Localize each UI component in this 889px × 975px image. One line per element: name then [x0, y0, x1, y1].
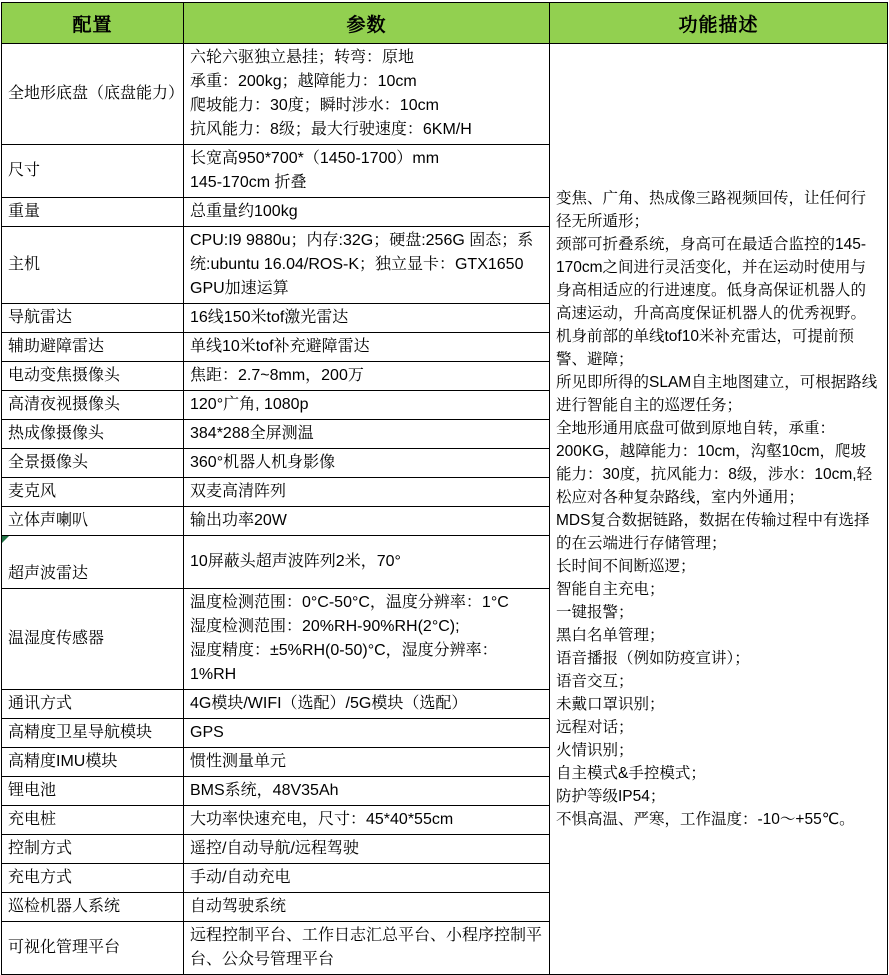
config-cell: 控制方式: [2, 835, 184, 864]
config-cell: 热成像摄像头: [2, 420, 184, 449]
config-cell: 高清夜视摄像头: [2, 391, 184, 420]
cell-comment-marker-icon: [2, 536, 9, 543]
param-cell: 总重量约100kg: [184, 198, 550, 227]
config-cell: 电动变焦摄像头: [2, 362, 184, 391]
param-cell: 360°机器人机身影像: [184, 449, 550, 478]
header-row: 配置 参数 功能描述: [2, 3, 888, 44]
config-cell: 锂电池: [2, 777, 184, 806]
header-description: 功能描述: [550, 3, 888, 44]
config-cell: 辅助避障雷达: [2, 333, 184, 362]
config-cell: 全景摄像头: [2, 449, 184, 478]
config-cell: 尺寸: [2, 145, 184, 198]
spec-row: 全地形底盘（底盘能力） 六轮六驱独立悬挂；转弯：原地 承重：200kg；越障能力…: [2, 44, 888, 145]
config-cell: 重量: [2, 198, 184, 227]
config-cell: 充电桩: [2, 806, 184, 835]
param-cell: 远程控制平台、工作日志汇总平台、小程序控制平台、公众号管理平台: [184, 922, 550, 975]
param-cell: 16线150米tof激光雷达: [184, 304, 550, 333]
param-cell: 10屏蔽头超声波阵列2米，70°: [184, 536, 550, 589]
param-cell: 遥控/自动导航/远程驾驶: [184, 835, 550, 864]
param-cell: 120°广角, 1080p: [184, 391, 550, 420]
config-cell: 巡检机器人系统: [2, 893, 184, 922]
param-cell: GPS: [184, 719, 550, 748]
param-cell: 惯性测量单元: [184, 748, 550, 777]
config-cell: 通讯方式: [2, 690, 184, 719]
config-cell: 高精度IMU模块: [2, 748, 184, 777]
param-cell: 双麦高清阵列: [184, 478, 550, 507]
config-cell: 超声波雷达: [2, 536, 184, 589]
config-cell: 高精度卫星导航模块: [2, 719, 184, 748]
param-cell: CPU:I9 9880u；内存:32G；硬盘:256G 固态；系统:ubuntu…: [184, 227, 550, 304]
header-param: 参数: [184, 3, 550, 44]
config-cell: 主机: [2, 227, 184, 304]
param-cell: 长宽高950*700*（1450-1700）mm 145-170cm 折叠: [184, 145, 550, 198]
param-cell: 大功率快速充电，尺寸：45*40*55cm: [184, 806, 550, 835]
config-cell: 全地形底盘（底盘能力）: [2, 44, 184, 145]
config-cell: 温湿度传感器: [2, 589, 184, 690]
param-cell: 384*288全屏测温: [184, 420, 550, 449]
param-cell: 输出功率20W: [184, 507, 550, 536]
config-cell: 可视化管理平台: [2, 922, 184, 975]
header-config: 配置: [2, 3, 184, 44]
function-description-cell: 变焦、广角、热成像三路视频回传，让任何行径无所遁形； 颈部可折叠系统，身高可在最…: [550, 44, 888, 975]
param-cell: 焦距：2.7~8mm，200万: [184, 362, 550, 391]
param-cell: 单线10米tof补充避障雷达: [184, 333, 550, 362]
spec-table: 配置 参数 功能描述 全地形底盘（底盘能力） 六轮六驱独立悬挂；转弯：原地 承重…: [1, 2, 888, 975]
param-cell: 六轮六驱独立悬挂；转弯：原地 承重：200kg；越障能力：10cm 爬坡能力：3…: [184, 44, 550, 145]
param-cell: 4G模块/WIFI（选配）/5G模块（选配）: [184, 690, 550, 719]
config-cell-label: 超声波雷达: [8, 565, 88, 582]
config-cell: 麦克风: [2, 478, 184, 507]
config-cell: 立体声喇叭: [2, 507, 184, 536]
param-cell: BMS系统，48V35Ah: [184, 777, 550, 806]
config-cell: 导航雷达: [2, 304, 184, 333]
param-cell: 手动/自动充电: [184, 864, 550, 893]
config-cell: 充电方式: [2, 864, 184, 893]
param-cell: 温度检测范围：0°C-50°C，温度分辨率：1°C 湿度检测范围：20%RH-9…: [184, 589, 550, 690]
param-cell: 自动驾驶系统: [184, 893, 550, 922]
